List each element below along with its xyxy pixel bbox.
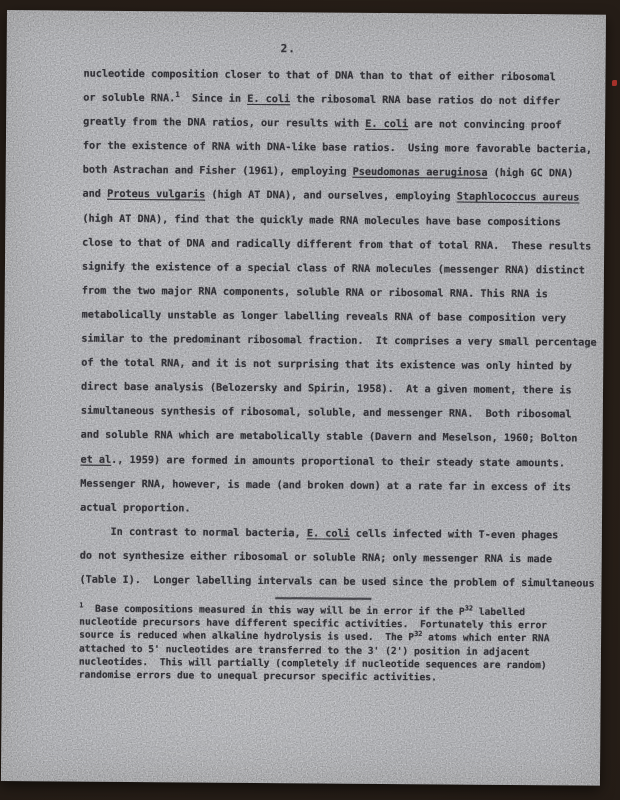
underlined-text: E. coli [365, 119, 408, 130]
text-segment: (high AT DNA), and ourselves, employing [205, 190, 457, 203]
text-line: Messenger RNA, however, is made (and bro… [80, 472, 595, 500]
text-segment: (high GC DNA) [487, 168, 573, 180]
text-segment: the ribosomal RNA base ratios do not dif… [290, 94, 560, 107]
text-segment: and soluble RNA which are metabolically … [81, 430, 578, 445]
text-segment: randomise errors due to unequal precurso… [79, 670, 437, 684]
text-segment: and [83, 189, 108, 200]
text-segment: labelled [473, 607, 525, 618]
text-segment: or soluble RNA. [83, 93, 175, 105]
text-segment: (Table I). Longer labelling intervals ca… [79, 575, 594, 590]
text-line: and soluble RNA which are metabolically … [81, 424, 596, 452]
text-segment: Since in [180, 93, 248, 105]
body-paragraphs: nucleotide composition closer to that of… [79, 63, 598, 597]
text-segment: close to that of DNA and radically diffe… [82, 237, 591, 252]
text-segment: source is reduced when alkaline hydrolys… [79, 630, 414, 644]
text-line: and Proteus vulgaris (high AT DNA), and … [82, 183, 597, 211]
text-line: (Table I). Longer labelling intervals ca… [79, 569, 594, 597]
text-segment: atoms which enter RNA [422, 633, 549, 645]
text-segment: actual proportion. [80, 502, 190, 514]
text-segment: simultaneous synthesis of ribosomal, sol… [81, 406, 572, 421]
text-segment: metabolically unstable as longer labelli… [82, 310, 567, 325]
text-segment: are not convincing proof [408, 119, 561, 131]
underlined-text: E. coli [307, 528, 350, 539]
underlined-text: Pseudomonas aeruginosa [353, 167, 488, 179]
text-segment: (high AT DNA), find that the quickly mad… [82, 213, 560, 228]
text-segment: do not synthesize either ribosomal or so… [80, 550, 552, 565]
document-page: 2. nucleotide composition closer to that… [1, 10, 606, 786]
page-number: 2. [281, 42, 296, 56]
text-segment: nucleotide composition closer to that of… [83, 69, 555, 84]
footnote-divider [275, 597, 371, 600]
text-segment: of the total RNA, and it is not surprisi… [81, 358, 572, 373]
footnote-text: 1 Base compositions measured in this way… [79, 603, 550, 686]
text-segment: similar to the predominant ribosomal fra… [81, 334, 596, 349]
text-segment: direct base analysis (Belozersky and Spi… [81, 382, 572, 397]
superscript: 32 [465, 604, 473, 612]
text-segment: signify the existence of a special class… [82, 261, 585, 276]
text-line: et al., 1959) are formed in amounts prop… [80, 448, 595, 476]
text-segment: both Astrachan and Fisher (1961), employ… [83, 165, 353, 178]
red-mark [612, 80, 617, 86]
text-segment: cells infected with T-even phages [350, 528, 559, 541]
text-segment: ., 1959) are formed in amounts proportio… [111, 454, 565, 469]
underlined-text: Proteus vulgaris [107, 189, 205, 201]
text-line: (high AT DNA), find that the quickly mad… [82, 207, 597, 235]
underlined-text: et al [80, 454, 111, 465]
text-segment: greatly from the DNA ratios, our results… [83, 117, 365, 130]
text-segment: for the existence of RNA with DNA-like b… [83, 141, 592, 156]
text-segment: In contrast to normal bacteria, [80, 526, 307, 539]
photo-backdrop: 2. nucleotide composition closer to that… [0, 0, 620, 800]
underlined-text: Staphlococcus aureus [457, 192, 580, 204]
underlined-text: E. coli [247, 94, 290, 105]
text-line: close to that of DNA and radically diffe… [82, 231, 597, 259]
text-segment: from the two major RNA components, solub… [82, 285, 548, 300]
text-segment: Messenger RNA, however, is made (and bro… [80, 478, 571, 493]
